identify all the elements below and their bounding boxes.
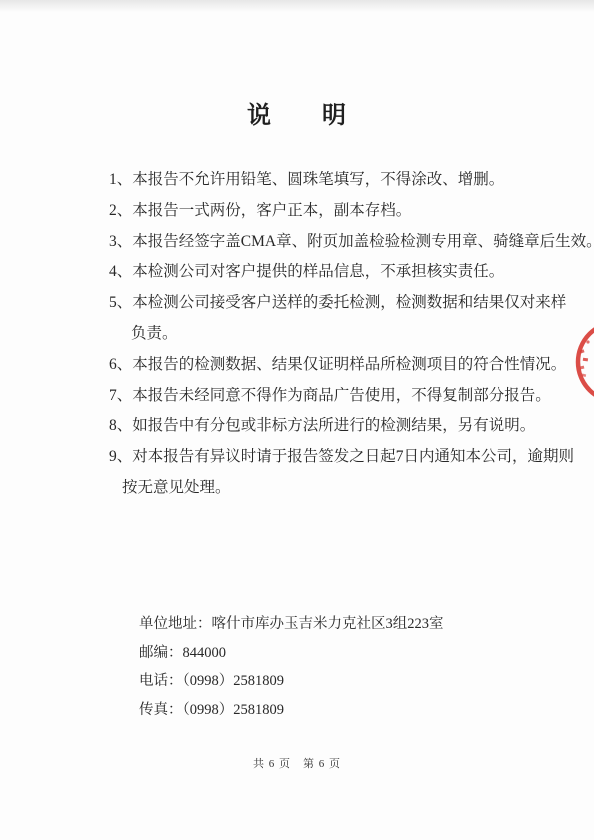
- note-line: 8、如报告中有分包或非标方法所进行的检测结果，另有说明。: [109, 411, 579, 442]
- fax-line: 传真：（0998）2581809: [139, 696, 444, 725]
- note-line: 3、本报告经签字盖CMA章、附页加盖检验检测专用章、骑缝章后生效。: [109, 227, 579, 258]
- postcode-line: 邮编：844000: [139, 639, 444, 668]
- contact-block: 单位地址：喀什市库办玉吉米力克社区3组223室 邮编：844000 电话：（09…: [139, 610, 444, 724]
- note-line-continuation: 按无意见处理。: [122, 473, 579, 504]
- phone-line: 电话：（0998）2581809: [139, 667, 444, 696]
- note-line-continuation: 负责。: [131, 319, 579, 350]
- note-line: 6、本报告的检测数据、结果仅证明样品所检测项目的符合性情况。: [109, 350, 579, 381]
- note-line: 1、本报告不允许用铅笔、圆珠笔填写，不得涂改、增删。: [109, 165, 579, 196]
- report-notes-page: 说 明 1、本报告不允许用铅笔、圆珠笔填写，不得涂改、增删。 2、本报告一式两份…: [0, 0, 594, 840]
- note-line: 5、本检测公司接受客户送样的委托检测，检测数据和结果仅对来样: [109, 288, 579, 319]
- page-title: 说 明: [0, 95, 594, 130]
- note-line: 7、本报告未经同意不得作为商品广告使用，不得复制部分报告。: [109, 381, 579, 412]
- note-line: 4、本检测公司对客户提供的样品信息，不承担核实责任。: [109, 257, 579, 288]
- address-line: 单位地址：喀什市库办玉吉米力克社区3组223室: [139, 610, 444, 639]
- note-line: 9、对本报告有异议时请于报告签发之日起7日内通知本公司，逾期则: [109, 442, 579, 473]
- notes-list: 1、本报告不允许用铅笔、圆珠笔填写，不得涂改、增删。 2、本报告一式两份，客户正…: [109, 165, 579, 504]
- note-line: 2、本报告一式两份，客户正本，副本存档。: [109, 196, 579, 227]
- page-pagination: 共 6 页 第 6 页: [0, 755, 594, 771]
